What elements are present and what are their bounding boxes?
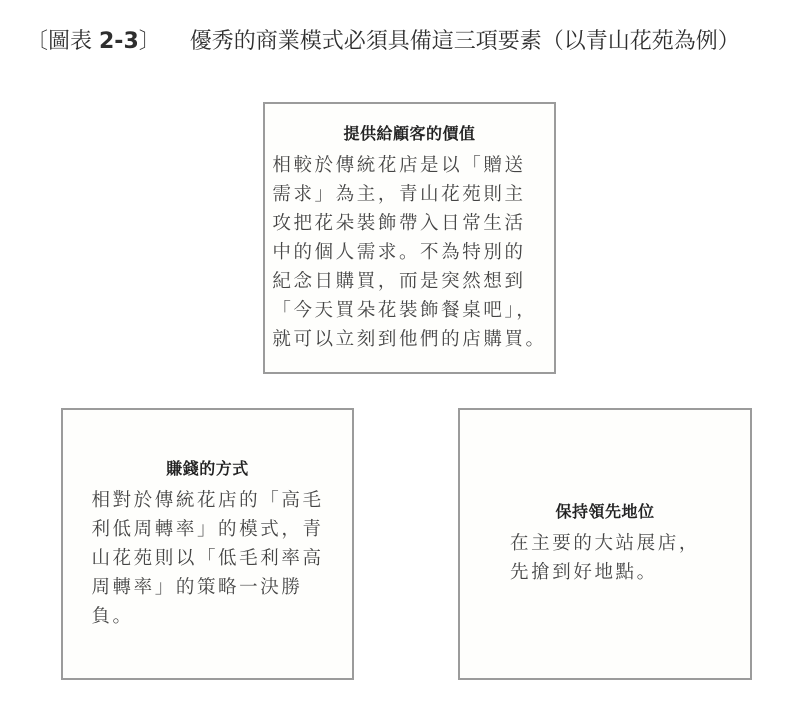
figure-label-suffix: 〕 <box>139 29 161 54</box>
body-line: 周轉率」的策略一決勝 <box>91 573 323 602</box>
body-line: 山花苑則以「低毛利率高 <box>91 544 323 573</box>
revenue-model-heading: 賺錢的方式 <box>166 458 249 480</box>
value-proposition-content: 提供給顧客的價值 相較於傳統花店是以「贈送 需求」為主，青山花苑則主 攻把花朵裝… <box>272 123 546 354</box>
body-line: 就可以立刻到他們的店購買。 <box>272 325 546 354</box>
competitive-advantage-body: 在主要的大站展店， 先搶到好地點。 <box>510 529 700 587</box>
value-proposition-body: 相較於傳統花店是以「贈送 需求」為主，青山花苑則主 攻把花朵裝飾帶入日常生活 中… <box>272 151 546 354</box>
revenue-model-box: 賺錢的方式 相對於傳統花店的「高毛 利低周轉率」的模式，青 山花苑則以「低毛利率… <box>61 408 354 680</box>
body-line: 利低周轉率」的模式，青 <box>91 515 323 544</box>
figure-title: 〔圖表 2-3〕 優秀的商業模式必須具備這三項要素（以青山花苑為例） <box>26 26 740 58</box>
body-line: 攻把花朵裝飾帶入日常生活 <box>272 209 546 238</box>
figure-label-prefix: 〔圖表 <box>26 29 99 54</box>
body-line: 負。 <box>91 602 323 631</box>
body-line: 相較於傳統花店是以「贈送 <box>272 151 546 180</box>
body-line: 中的個人需求。不為特別的 <box>272 238 546 267</box>
revenue-model-body: 相對於傳統花店的「高毛 利低周轉率」的模式，青 山花苑則以「低毛利率高 周轉率」… <box>91 486 323 631</box>
competitive-advantage-box: 保持領先地位 在主要的大站展店， 先搶到好地點。 <box>458 408 752 680</box>
figure-number: 2-3 <box>99 29 139 54</box>
figure-label: 〔圖表 2-3〕 <box>26 26 161 58</box>
competitive-advantage-content: 保持領先地位 在主要的大站展店， 先搶到好地點。 <box>510 501 700 587</box>
body-line: 先搶到好地點。 <box>510 558 700 587</box>
body-line: 「今天買朵花裝飾餐桌吧」， <box>272 296 546 325</box>
revenue-model-content: 賺錢的方式 相對於傳統花店的「高毛 利低周轉率」的模式，青 山花苑則以「低毛利率… <box>91 458 323 631</box>
value-proposition-heading: 提供給顧客的價值 <box>343 123 475 145</box>
competitive-advantage-heading: 保持領先地位 <box>555 501 654 523</box>
body-line: 在主要的大站展店， <box>510 529 700 558</box>
body-line: 紀念日購買，而是突然想到 <box>272 267 546 296</box>
figure-caption: 優秀的商業模式必須具備這三項要素（以青山花苑為例） <box>190 26 740 58</box>
body-line: 需求」為主，青山花苑則主 <box>272 180 546 209</box>
body-line: 相對於傳統花店的「高毛 <box>91 486 323 515</box>
value-proposition-box: 提供給顧客的價值 相較於傳統花店是以「贈送 需求」為主，青山花苑則主 攻把花朵裝… <box>263 102 556 374</box>
